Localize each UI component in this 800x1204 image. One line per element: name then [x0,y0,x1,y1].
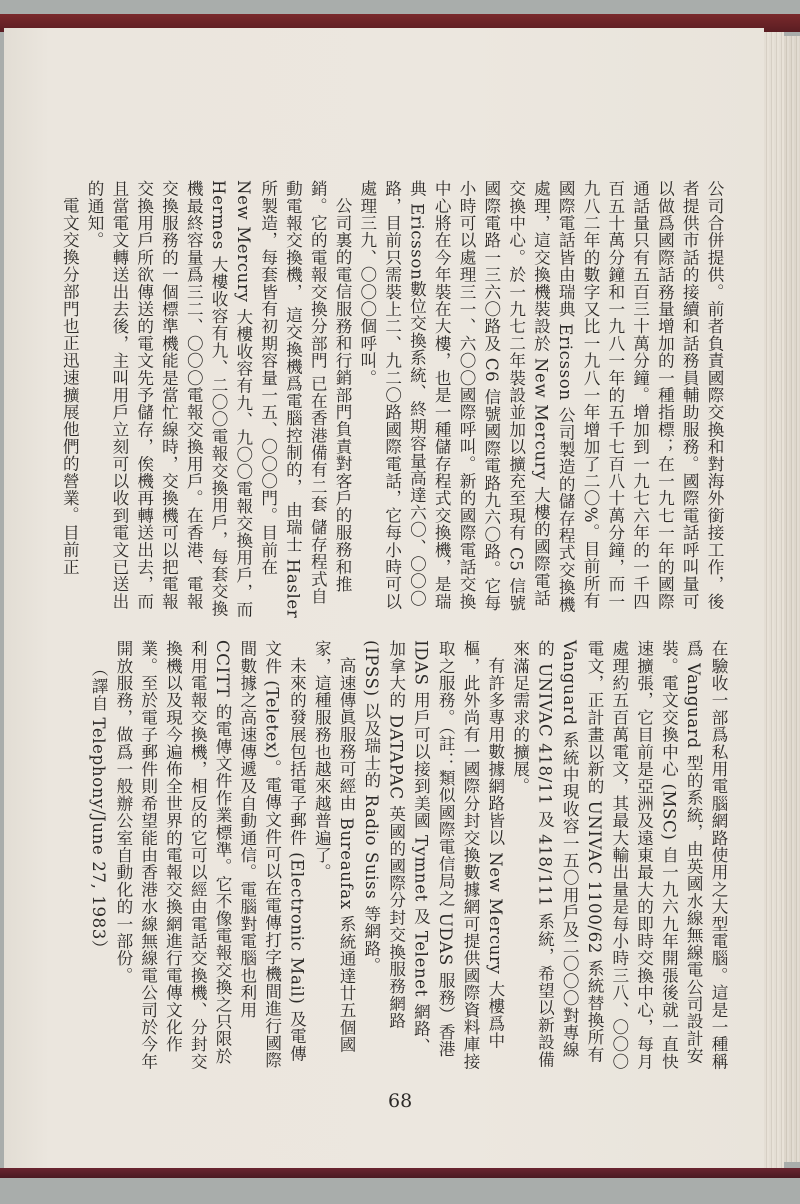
page-number: 68 [388,1090,412,1112]
paragraph-bureaufax: 高速傳眞服務可經由 Bureaufax 系統通達廿五個國家，這種服務也越來越普遍… [308,640,358,1070]
paragraph-international-calls: 公司合併提供。前者負責國際交換和對海外銜接工作，後者提供市話的接續和話務員輔助服… [354,180,726,620]
paragraph-telex-services: 公司裏的電信服務和行銷部門負責對客戶的服務和推銷。它的電報交換分部門 已在香港備… [81,180,354,620]
page-stack-edge-outer [784,36,800,1162]
lower-text-section: 在驗收一部爲私用電腦網路使用之大型電腦。這是一種稱爲 Vanguard 型的系統… [96,640,730,1070]
source-citation: （譯自 Telephony/June 27, 1983） [85,640,110,1070]
paragraph-vanguard-system: 在驗收一部爲私用電腦網路使用之大型電腦。這是一種稱爲 Vanguard 型的系統… [507,640,730,1070]
paragraph-future-developments: 未來的發展包括電子郵件 (Electronic Mail) 及電傳文件 (Tel… [110,640,308,1070]
paragraph-message-switching-intro: 電文交換分部門也正迅速擴展他們的營業。目前正 [56,180,81,620]
book-cover-bottom-edge [0,1168,800,1178]
page-stack-edge [764,32,784,1168]
paragraph-data-networks: 有許多專用數據網路皆以 New Mercury 大樓爲中樞，此外尚有一國際分封交… [358,640,507,1070]
upper-text-section: 公司合併提供。前者負責國際交換和對海外銜接工作，後者提供市話的接續和話務員輔助服… [86,180,726,620]
